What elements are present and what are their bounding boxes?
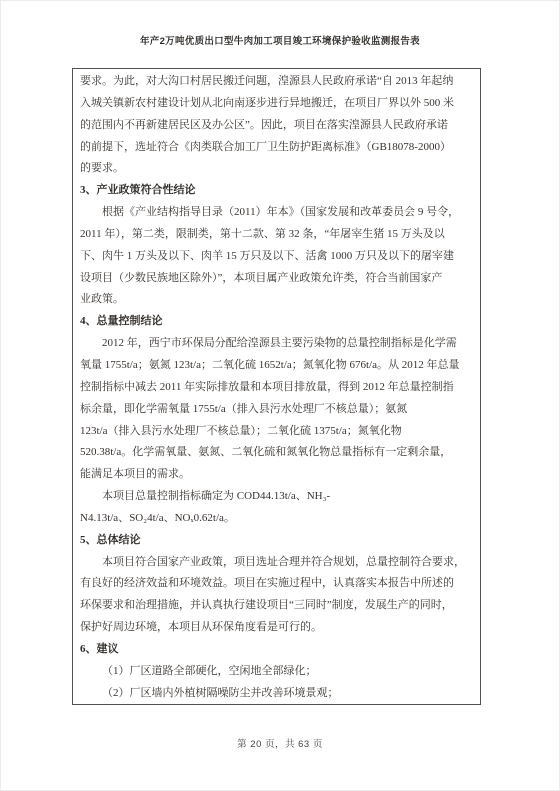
text-line: 本项目符合国家产业政策，项目选址合理并符合规划，总量控制符合要求，: [80, 552, 472, 574]
document-page: 年产2万吨优质出口型牛肉加工项目竣工环境保护验收监测报告表 要求。为此，对大沟口…: [0, 0, 560, 791]
text-line: 保护好周边环境，本项目从环保角度看是可行的。: [80, 617, 472, 639]
text-line: 设项目（少数民族地区除外）”，本项目属产业政策允许类，符合当前国家产: [80, 268, 472, 290]
text-line: 根据《产业结构指导目录（2011）年本》（国家发展和改革委员会 9 号令，: [80, 202, 472, 224]
page-number: 第 20 页，共 63 页: [0, 736, 560, 750]
text-line: 氧量 1755t/a；氨氮 123t/a；二氧化硫 1652t/a；氮氧化物 6…: [80, 355, 472, 377]
section-heading: 5、总体结论: [80, 530, 472, 552]
text-line: （1）厂区道路全部硬化，空闲地全部绿化；: [80, 661, 472, 683]
text-line: 要求。为此，对大沟口村居民搬迁问题，湟源县人民政府承诺“自 2013 年起纳: [80, 71, 472, 93]
text-line: 有良好的经济效益和环境效益。项目在实施过程中，认真落实本报告中所述的: [80, 573, 472, 595]
section-heading: 4、总量控制结论: [80, 311, 472, 333]
text-line: 的要求。: [80, 158, 472, 180]
text-line: 能满足本项目的需求。: [80, 464, 472, 486]
text-line: 控制指标中减去 2011 年实际排放量和本项目排放量，得到 2012 年总量控制…: [80, 377, 472, 399]
text-line: 2012 年，西宁市环保局分配给湟源县主要污染物的总量控制指标是化学需: [80, 333, 472, 355]
text-line: 123t/a（排入县污水处理厂不核总量）；二氧化硫 1375t/a；氮氧化物: [80, 421, 472, 443]
text-line: 下、肉牛 1 万头及以下、肉羊 15 万只及以下、活禽 1000 万只及以下的屠…: [80, 246, 472, 268]
text-line: 入城关镇新农村建设计划从北向南逐步进行异地搬迁，在项目厂界以外 500 米: [80, 93, 472, 115]
report-cell: 要求。为此，对大沟口村居民搬迁问题，湟源县人民政府承诺“自 2013 年起纳入城…: [72, 68, 481, 705]
text-line: 业政策。: [80, 289, 472, 311]
section-heading: 6、建议: [80, 639, 472, 661]
text-line: N4.13t/a、SO₂4t/a、NOₓ0.62t/a。: [80, 508, 472, 530]
text-line: 2011 年），第二类，限制类，第十二款、第 32 条，“年屠宰生猪 15 万头…: [80, 224, 472, 246]
text-line: 环保要求和治理措施，并认真执行建设项目“三同时”制度，发展生产的同时，: [80, 595, 472, 617]
text-line: 的范围内不再新建居民区及办公区”。因此，项目在落实湟源县人民政府承诺: [80, 115, 472, 137]
text-line: （2）厂区墙内外植树隔噪防尘并改善环境景观；: [80, 683, 472, 705]
text-line: 520.38t/a。化学需氧量、氨氮、二氧化硫和氮氧化物总量指标有一定剩余量，: [80, 442, 472, 464]
page-title: 年产2万吨优质出口型牛肉加工项目竣工环境保护验收监测报告表: [0, 33, 560, 47]
section-heading: 3、产业政策符合性结论: [80, 180, 472, 202]
text-line: 本项目总量控制指标确定为 COD44.13t/a、NH₃-: [80, 486, 472, 508]
text-line: 的前提下，选址符合《肉类联合加工厂卫生防护距离标准》（GB18078-2000）: [80, 137, 472, 159]
text-line: 标余量，即化学需氧量 1755t/a（排入县污水处理厂不核总量）；氨氮: [80, 399, 472, 421]
